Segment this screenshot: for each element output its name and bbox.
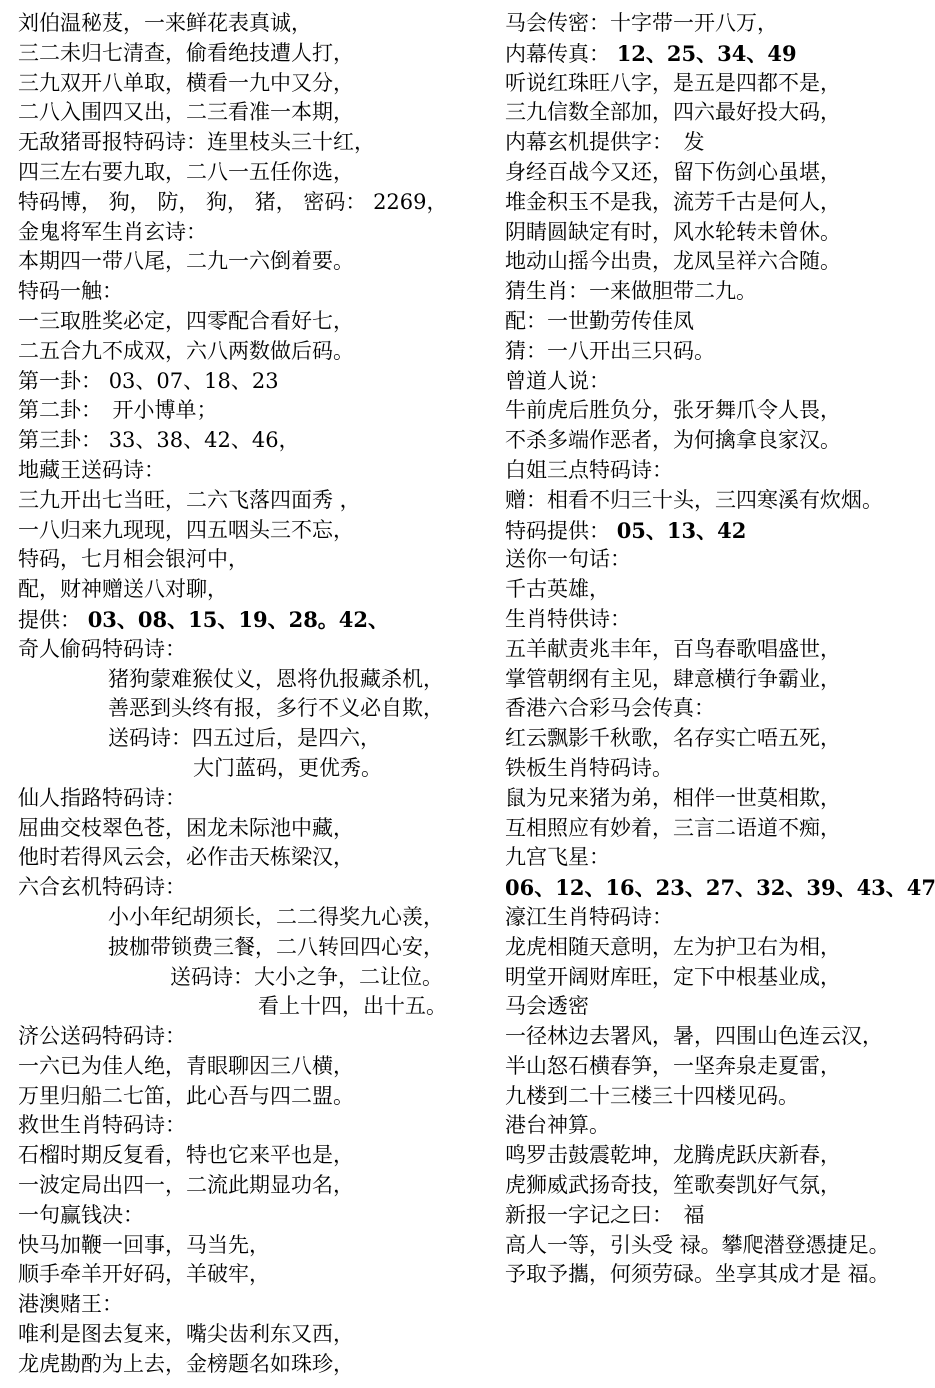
- text-run: ，: [279, 428, 300, 452]
- text-run: 快马加鞭一回事，马当先，: [18, 1233, 270, 1257]
- text-run: 猪狗蒙难猴仗义，恩将仇报藏杀机，: [108, 667, 444, 691]
- text-run: 三九信数全部加，四六最好投大码，: [505, 100, 841, 124]
- text-line: 顺手牵羊开好码，羊破牢，: [18, 1260, 483, 1290]
- text-line: 地动山摇今出贵，龙凤呈祥六合随。: [505, 247, 933, 277]
- text-line: 香港六合彩马会传真：: [505, 694, 933, 724]
- text-run: 石榴时期反复看，特也它来平也是，: [18, 1143, 354, 1167]
- text-line: 鼠为兄来猪为弟，相伴一世莫相欺，: [505, 784, 933, 814]
- text-run: 唯利是图去复来，嘴尖齿利东又西，: [18, 1322, 354, 1346]
- text-run: 鸣罗击鼓震乾坤，龙腾虎跃庆新春，: [505, 1143, 841, 1167]
- text-line: 一六已为佳人绝，青眼聊因三八横，: [18, 1052, 483, 1082]
- text-line: 送码诗：大小之争，二让位。: [18, 963, 483, 993]
- text-run: 送码诗：四五过后，是四六，: [108, 726, 381, 750]
- text-line: 三九开出七当旺，二六飞落四面秀 ，: [18, 486, 483, 516]
- right-column: 马会传密：十字带一开八万，内幕传真： 12、25、34、49听说红珠旺八字，是五…: [505, 9, 933, 1290]
- text-run: 龙虎相随天意明，左为护卫右为相，: [505, 935, 841, 959]
- text-run: 猜生肖：一来做胆带二九。: [505, 279, 757, 303]
- text-line: 牛前虎后胜负分，张牙舞爪令人畏，: [505, 396, 933, 426]
- text-line: 特码博， 狗， 防， 狗， 猪， 密码： 2269，: [18, 188, 483, 218]
- text-line: 送你一句话：: [505, 545, 933, 575]
- text-line: 快马加鞭一回事，马当先，: [18, 1231, 483, 1261]
- text-run: 特码博， 狗， 防， 狗， 猪， 密码：: [18, 190, 373, 214]
- text-run: 堆金积玉不是我，流芳千古是何人，: [505, 190, 841, 214]
- text-line: 提供： 03、08、15、19、28。42、: [18, 605, 483, 635]
- text-line: 猜生肖：一来做胆带二九。: [505, 277, 933, 307]
- text-line: 猪狗蒙难猴仗义，恩将仇报藏杀机，: [18, 665, 483, 695]
- text-line: 互相照应有妙着，三言二语道不痴，: [505, 814, 933, 844]
- text-line: 半山怒石横春笋，一坚奔泉走夏雷，: [505, 1052, 933, 1082]
- text-line: 五羊献责兆丰年，百鸟春歌唱盛世，: [505, 635, 933, 665]
- text-run: 白姐三点特码诗：: [505, 458, 673, 482]
- text-line: 赠：相看不归三十头，三四寒溪有炊烟。: [505, 486, 933, 516]
- text-run: 三二未归七清查，偷看绝技遭人打，: [18, 41, 354, 65]
- text-run: 第一卦：: [18, 369, 109, 393]
- text-line: 三二未归七清查，偷看绝技遭人打，: [18, 39, 483, 69]
- text-run: 予取予攜，何须劳碌。坐享其成才是 福。: [505, 1262, 890, 1286]
- text-run: 港澳赌王：: [18, 1292, 123, 1316]
- text-run: 红云飘影千秋歌，名存实亡唔五死，: [505, 726, 841, 750]
- text-run: 曾道人说：: [505, 369, 610, 393]
- text-line: 唯利是图去复来，嘴尖齿利东又西，: [18, 1320, 483, 1350]
- text-run: 马会透密: [505, 994, 589, 1018]
- text-run: 互相照应有妙着，三言二语道不痴，: [505, 816, 841, 840]
- text-run: 香港六合彩马会传真：: [505, 696, 715, 720]
- text-run: 屈曲交枝翠色苍，困龙未际池中藏，: [18, 816, 354, 840]
- text-run: 马会传密：十字带一开八万，: [505, 11, 778, 35]
- text-run: 金鬼将军生肖玄诗：: [18, 220, 207, 244]
- text-run: 特码，七月相会银河中，: [18, 547, 249, 571]
- text-line: 鸣罗击鼓震乾坤，龙腾虎跃庆新春，: [505, 1141, 933, 1171]
- text-run: 五羊献责兆丰年，百鸟春歌唱盛世，: [505, 637, 841, 661]
- text-run: 济公送码特码诗：: [18, 1024, 186, 1048]
- text-line: 一径林边去署风，暑，四围山色连云汉，: [505, 1022, 933, 1052]
- text-run: 一三取胜奖必定，四零配合看好七，: [18, 309, 354, 333]
- text-run: 明堂开阔财库旺，定下中根基业成，: [505, 965, 841, 989]
- text-line: 马会透密: [505, 992, 933, 1022]
- text-line: 红云飘影千秋歌，名存实亡唔五死，: [505, 724, 933, 754]
- text-run: 牛前虎后胜负分，张牙舞爪令人畏，: [505, 398, 841, 422]
- text-line: 猜：一八开出三只码。: [505, 337, 933, 367]
- text-run: 一八归来九现现，四五咽头三不忘，: [18, 518, 354, 542]
- text-line: 三九双开八单取，横看一九中又分，: [18, 69, 483, 99]
- text-line: 善恶到头终有报，多行不义必自欺，: [18, 694, 483, 724]
- text-run: 港台神算。: [505, 1113, 610, 1137]
- text-line: 本期四一带八尾，二九一六倒着要。: [18, 247, 483, 277]
- text-run: 九宫飞星：: [505, 845, 610, 869]
- text-run: 三九双开八单取，横看一九中又分，: [18, 71, 354, 95]
- text-line: 九宫飞星：: [505, 843, 933, 873]
- text-run: 特码一触：: [18, 279, 123, 303]
- text-run: 万里归船二七笛，此心吾与四二盟。: [18, 1084, 354, 1108]
- text-line: 特码提供： 05、13、42: [505, 516, 933, 546]
- text-line: 三九信数全部加，四六最好投大码，: [505, 98, 933, 128]
- text-line: 无敌猪哥报特码诗：连里枝头三十红，: [18, 128, 483, 158]
- text-run: 六合玄机特码诗：: [18, 875, 186, 899]
- text-run: 鼠为兄来猪为弟，相伴一世莫相欺，: [505, 786, 841, 810]
- text-run: 第三卦：: [18, 428, 109, 452]
- text-line: 地藏王送码诗：: [18, 456, 483, 486]
- text-run: 三九开出七当旺，二六飞落四面秀 ，: [18, 488, 361, 512]
- text-line: 濠江生肖特码诗：: [505, 903, 933, 933]
- text-line: 明堂开阔财库旺，定下中根基业成，: [505, 963, 933, 993]
- text-run: 无敌猪哥报特码诗：连里枝头三十红，: [18, 130, 375, 154]
- text-run: 奇人偷码特码诗：: [18, 637, 186, 661]
- text-line: 救世生肖特码诗：: [18, 1111, 483, 1141]
- text-run: 他时若得风云会，必作击天栋梁汉，: [18, 845, 354, 869]
- text-run: 半山怒石横春笋，一坚奔泉走夏雷，: [505, 1054, 841, 1078]
- text-run: 送你一句话：: [505, 547, 631, 571]
- text-run: 生肖特供诗：: [505, 607, 631, 631]
- text-line: 第二卦： 开小博单；: [18, 396, 483, 426]
- text-run: 提供：: [18, 608, 88, 632]
- text-run: 千古英雄，: [505, 577, 610, 601]
- text-run: 地藏王送码诗：: [18, 458, 165, 482]
- text-run: 救世生肖特码诗：: [18, 1113, 186, 1137]
- text-run: 身经百战今又还，留下伤剑心虽堪，: [505, 160, 841, 184]
- text-line: 身经百战今又还，留下伤剑心虽堪，: [505, 158, 933, 188]
- text-line: 大门蓝码，更优秀。: [18, 754, 483, 784]
- text-line: 仙人指路特码诗：: [18, 784, 483, 814]
- text-run: 特码提供：: [505, 519, 617, 543]
- text-line: 予取予攜，何须劳碌。坐享其成才是 福。: [505, 1260, 933, 1290]
- text-run: 高人一等，引头受 禄。攀爬潜登憑捷足。: [505, 1233, 890, 1257]
- left-column: 刘伯温秘芨，一来鲜花表真诚，三二未归七清查，偷看绝技遭人打，三九双开八单取，横看…: [18, 9, 483, 1380]
- text-line: 刘伯温秘芨，一来鲜花表真诚，: [18, 9, 483, 39]
- text-run: 披枷带锁费三餐，二八转回四心安，: [108, 935, 444, 959]
- text-run: 一波定局出四一，二流此期显功名，: [18, 1173, 354, 1197]
- text-line: 金鬼将军生肖玄诗：: [18, 218, 483, 248]
- text-line: 济公送码特码诗：: [18, 1022, 483, 1052]
- text-line: 第三卦： 33、38、42、46，: [18, 426, 483, 456]
- text-line: 小小年纪胡须长，二二得奖九心羡，: [18, 903, 483, 933]
- text-run: 不杀多端作恶者，为何擒拿良家汉。: [505, 428, 841, 452]
- text-run: ，: [427, 190, 448, 214]
- text-line: 石榴时期反复看，特也它来平也是，: [18, 1141, 483, 1171]
- text-run: 顺手牵羊开好码，羊破牢，: [18, 1262, 270, 1286]
- text-run: 铁板生肖特码诗。: [505, 756, 673, 780]
- text-line: 披枷带锁费三餐，二八转回四心安，: [18, 933, 483, 963]
- text-line: 一八归来九现现，四五咽头三不忘，: [18, 516, 483, 546]
- text-run: 阴睛圆缺定有时，风水轮转未曾休。: [505, 220, 841, 244]
- text-run: 一径林边去署风，暑，四围山色连云汉，: [505, 1024, 883, 1048]
- text-line: 掌管朝纲有主见，肆意横行争霸业，: [505, 665, 933, 695]
- text-run: 二八入围四又出，二三看准一本期，: [18, 100, 354, 124]
- text-run: 四三左右要九取，二八一五任你选，: [18, 160, 354, 184]
- text-run: 刘伯温秘芨，一来鲜花表真诚，: [18, 11, 312, 35]
- text-line: 不杀多端作恶者，为何擒拿良家汉。: [505, 426, 933, 456]
- text-line: 高人一等，引头受 禄。攀爬潜登憑捷足。: [505, 1231, 933, 1261]
- number-run: 03、07、18、23: [109, 369, 279, 393]
- text-line: 06、12、16、23、27、32、39、43、47: [505, 873, 933, 903]
- text-line: 龙虎勘酌为上去，金榜题名如珠珍，: [18, 1350, 483, 1380]
- text-line: 铁板生肖特码诗。: [505, 754, 933, 784]
- text-line: 二五合九不成双，六八两数做后码。: [18, 337, 483, 367]
- text-line: 配，财神赠送八对聊，: [18, 575, 483, 605]
- text-line: 龙虎相随天意明，左为护卫右为相，: [505, 933, 933, 963]
- text-line: 六合玄机特码诗：: [18, 873, 483, 903]
- text-run: 送码诗：大小之争，二让位。: [170, 965, 443, 989]
- text-run: 新报一字记之曰： 福: [505, 1203, 705, 1227]
- number-run: 2269: [373, 190, 426, 214]
- number-run: 33、38、42、46: [109, 428, 279, 452]
- text-line: 一三取胜奖必定，四零配合看好七，: [18, 307, 483, 337]
- text-run: 本期四一带八尾，二九一六倒着要。: [18, 249, 354, 273]
- text-run: 二五合九不成双，六八两数做后码。: [18, 339, 354, 363]
- text-line: 阴睛圆缺定有时，风水轮转未曾休。: [505, 218, 933, 248]
- text-run: 仙人指路特码诗：: [18, 786, 186, 810]
- text-line: 第一卦： 03、07、18、23: [18, 367, 483, 397]
- text-run: 配：一世勤劳传佳凤: [505, 309, 694, 333]
- text-line: 特码，七月相会银河中，: [18, 545, 483, 575]
- text-run: 善恶到头终有报，多行不义必自欺，: [108, 696, 444, 720]
- text-run: 小小年纪胡须长，二二得奖九心羡，: [108, 905, 444, 929]
- text-line: 生肖特供诗：: [505, 605, 933, 635]
- text-run: 配，财神赠送八对聊，: [18, 577, 228, 601]
- text-line: 港澳赌王：: [18, 1290, 483, 1320]
- text-line: 一句赢钱决：: [18, 1201, 483, 1231]
- text-line: 四三左右要九取，二八一五任你选，: [18, 158, 483, 188]
- text-line: 送码诗：四五过后，是四六，: [18, 724, 483, 754]
- text-line: 配：一世勤劳传佳凤: [505, 307, 933, 337]
- text-line: 新报一字记之曰： 福: [505, 1201, 933, 1231]
- text-line: 堆金积玉不是我，流芳千古是何人，: [505, 188, 933, 218]
- text-line: 内幕玄机提供字： 发: [505, 128, 933, 158]
- text-run: 赠：相看不归三十头，三四寒溪有炊烟。: [505, 488, 883, 512]
- text-run: 濠江生肖特码诗：: [505, 905, 673, 929]
- text-line: 九楼到二十三楼三十四楼见码。: [505, 1082, 933, 1112]
- text-run: 九楼到二十三楼三十四楼见码。: [505, 1084, 799, 1108]
- text-line: 一波定局出四一，二流此期显功名，: [18, 1171, 483, 1201]
- text-line: 屈曲交枝翠色苍，困龙未际池中藏，: [18, 814, 483, 844]
- text-line: 曾道人说：: [505, 367, 933, 397]
- text-run: 看上十四，出十五。: [258, 994, 447, 1018]
- text-line: 内幕传真： 12、25、34、49: [505, 39, 933, 69]
- text-line: 白姐三点特码诗：: [505, 456, 933, 486]
- text-run: 第二卦： 开小博单；: [18, 398, 218, 422]
- text-run: 大门蓝码，更优秀。: [193, 756, 382, 780]
- text-line: 万里归船二七笛，此心吾与四二盟。: [18, 1082, 483, 1112]
- text-run: 猜：一八开出三只码。: [505, 339, 715, 363]
- text-run: 龙虎勘酌为上去，金榜题名如珠珍，: [18, 1352, 354, 1376]
- number-run: 12、25、34、49: [617, 41, 797, 66]
- text-run: 地动山摇今出贵，龙凤呈祥六合随。: [505, 249, 841, 273]
- text-line: 奇人偷码特码诗：: [18, 635, 483, 665]
- text-run: 虎狮威武扬奇技，笙歌奏凯好气氛，: [505, 1173, 841, 1197]
- document-page: 刘伯温秘芨，一来鲜花表真诚，三二未归七清查，偷看绝技遭人打，三九双开八单取，横看…: [0, 0, 935, 1388]
- text-run: 掌管朝纲有主见，肆意横行争霸业，: [505, 667, 841, 691]
- text-line: 特码一触：: [18, 277, 483, 307]
- number-run: 06、12、16、23、27、32、39、43、47: [505, 875, 935, 900]
- text-line: 看上十四，出十五。: [18, 992, 483, 1022]
- text-line: 虎狮威武扬奇技，笙歌奏凯好气氛，: [505, 1171, 933, 1201]
- text-run: 一六已为佳人绝，青眼聊因三八横，: [18, 1054, 354, 1078]
- text-line: 港台神算。: [505, 1111, 933, 1141]
- text-run: 内幕玄机提供字： 发: [505, 130, 705, 154]
- text-line: 他时若得风云会，必作击天栋梁汉，: [18, 843, 483, 873]
- text-line: 千古英雄，: [505, 575, 933, 605]
- text-run: 一句赢钱决：: [18, 1203, 144, 1227]
- text-line: 马会传密：十字带一开八万，: [505, 9, 933, 39]
- number-run: 03、08、15、19、28。42、: [88, 607, 389, 632]
- text-line: 听说红珠旺八字，是五是四都不是，: [505, 69, 933, 99]
- text-run: 内幕传真：: [505, 42, 617, 66]
- text-line: 二八入围四又出，二三看准一本期，: [18, 98, 483, 128]
- number-run: 05、13、42: [617, 518, 747, 543]
- text-run: 听说红珠旺八字，是五是四都不是，: [505, 71, 841, 95]
